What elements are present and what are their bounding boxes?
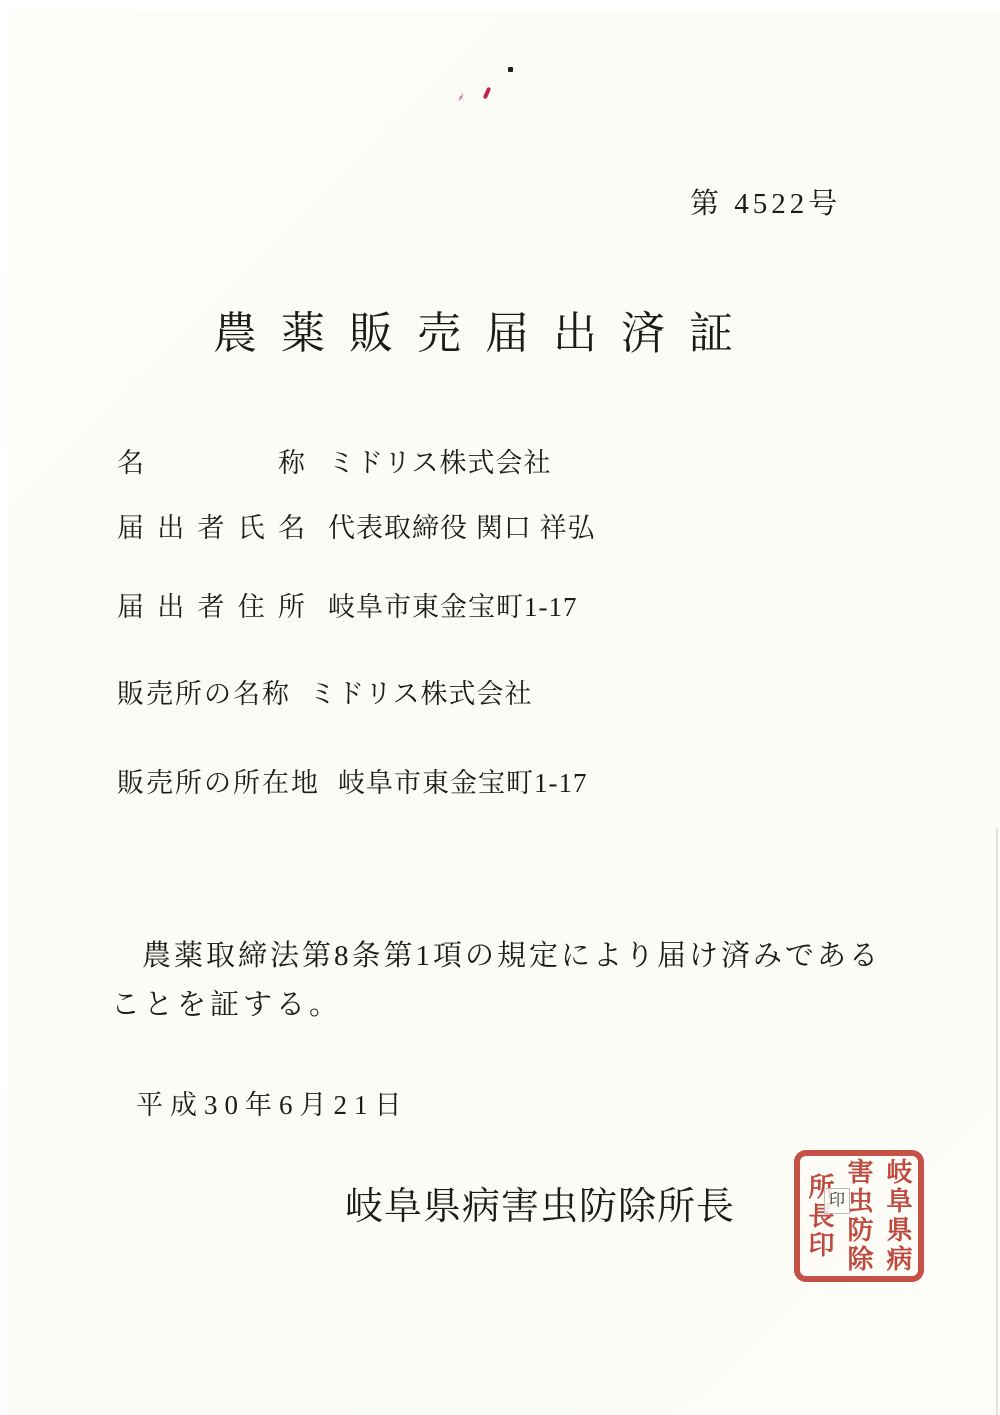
document-title: 農薬販売届出済証 <box>213 297 757 361</box>
printed-in-mark: 印 <box>824 1188 850 1214</box>
field-row-notifier-address: 届出者住所岐阜市東金宝町1-17 <box>117 585 578 624</box>
field-row-shop-address: 販売所の所在地岐阜市東金宝町1-17 <box>117 761 588 800</box>
scan-edge-left <box>0 0 7 1415</box>
issue-date: 平成30年6月21日 <box>136 1083 409 1122</box>
scan-edge-top <box>0 0 1000 10</box>
certification-statement-line1: 農薬取締法第8条第1項の規定により届け済みである <box>142 933 881 974</box>
certification-statement-line2: ことを証する。 <box>111 982 342 1023</box>
field-value-shop-address: 岐阜市東金宝町1-17 <box>338 761 588 800</box>
field-value-shop-name: ミドリス株式会社 <box>309 672 532 711</box>
field-label-shop-name: 販売所の名称 <box>117 672 291 711</box>
issuer-title: 岐阜県病害虫防除所長 <box>345 1175 735 1230</box>
field-row-notifier-name: 届出者氏名代表取締役 関口 祥弘 <box>117 506 596 545</box>
field-label-notifier-name: 届出者氏名 <box>117 506 305 545</box>
scan-edge-shadow <box>996 828 998 1415</box>
field-value-name: ミドリス株式会社 <box>328 441 551 480</box>
official-red-seal: 岐阜県病害虫防除所長印 印 <box>794 1150 924 1282</box>
field-row-shop-name: 販売所の名称ミドリス株式会社 <box>117 672 532 711</box>
document-number: 第 4522号 <box>690 181 841 222</box>
scan-artifact-pink-stroke <box>483 87 492 100</box>
field-label-name: 名称 <box>117 441 305 480</box>
scanned-certificate-page: ҂ 第 4522号 農薬販売届出済証 名称ミドリス株式会社 届出者氏名代表取締役… <box>0 0 1000 1415</box>
field-value-notifier-address: 岐阜市東金宝町1-17 <box>328 585 578 624</box>
scan-artifact-pink-mark: ҂ <box>458 92 472 105</box>
seal-text: 岐阜県病害虫防除所長印 <box>801 1157 917 1275</box>
scan-artifact-black-dot <box>508 67 513 72</box>
field-label-notifier-address: 届出者住所 <box>117 585 305 624</box>
field-label-shop-address: 販売所の所在地 <box>117 761 320 800</box>
field-value-notifier-name: 代表取締役 関口 祥弘 <box>328 506 596 545</box>
field-row-name: 名称ミドリス株式会社 <box>117 441 551 480</box>
